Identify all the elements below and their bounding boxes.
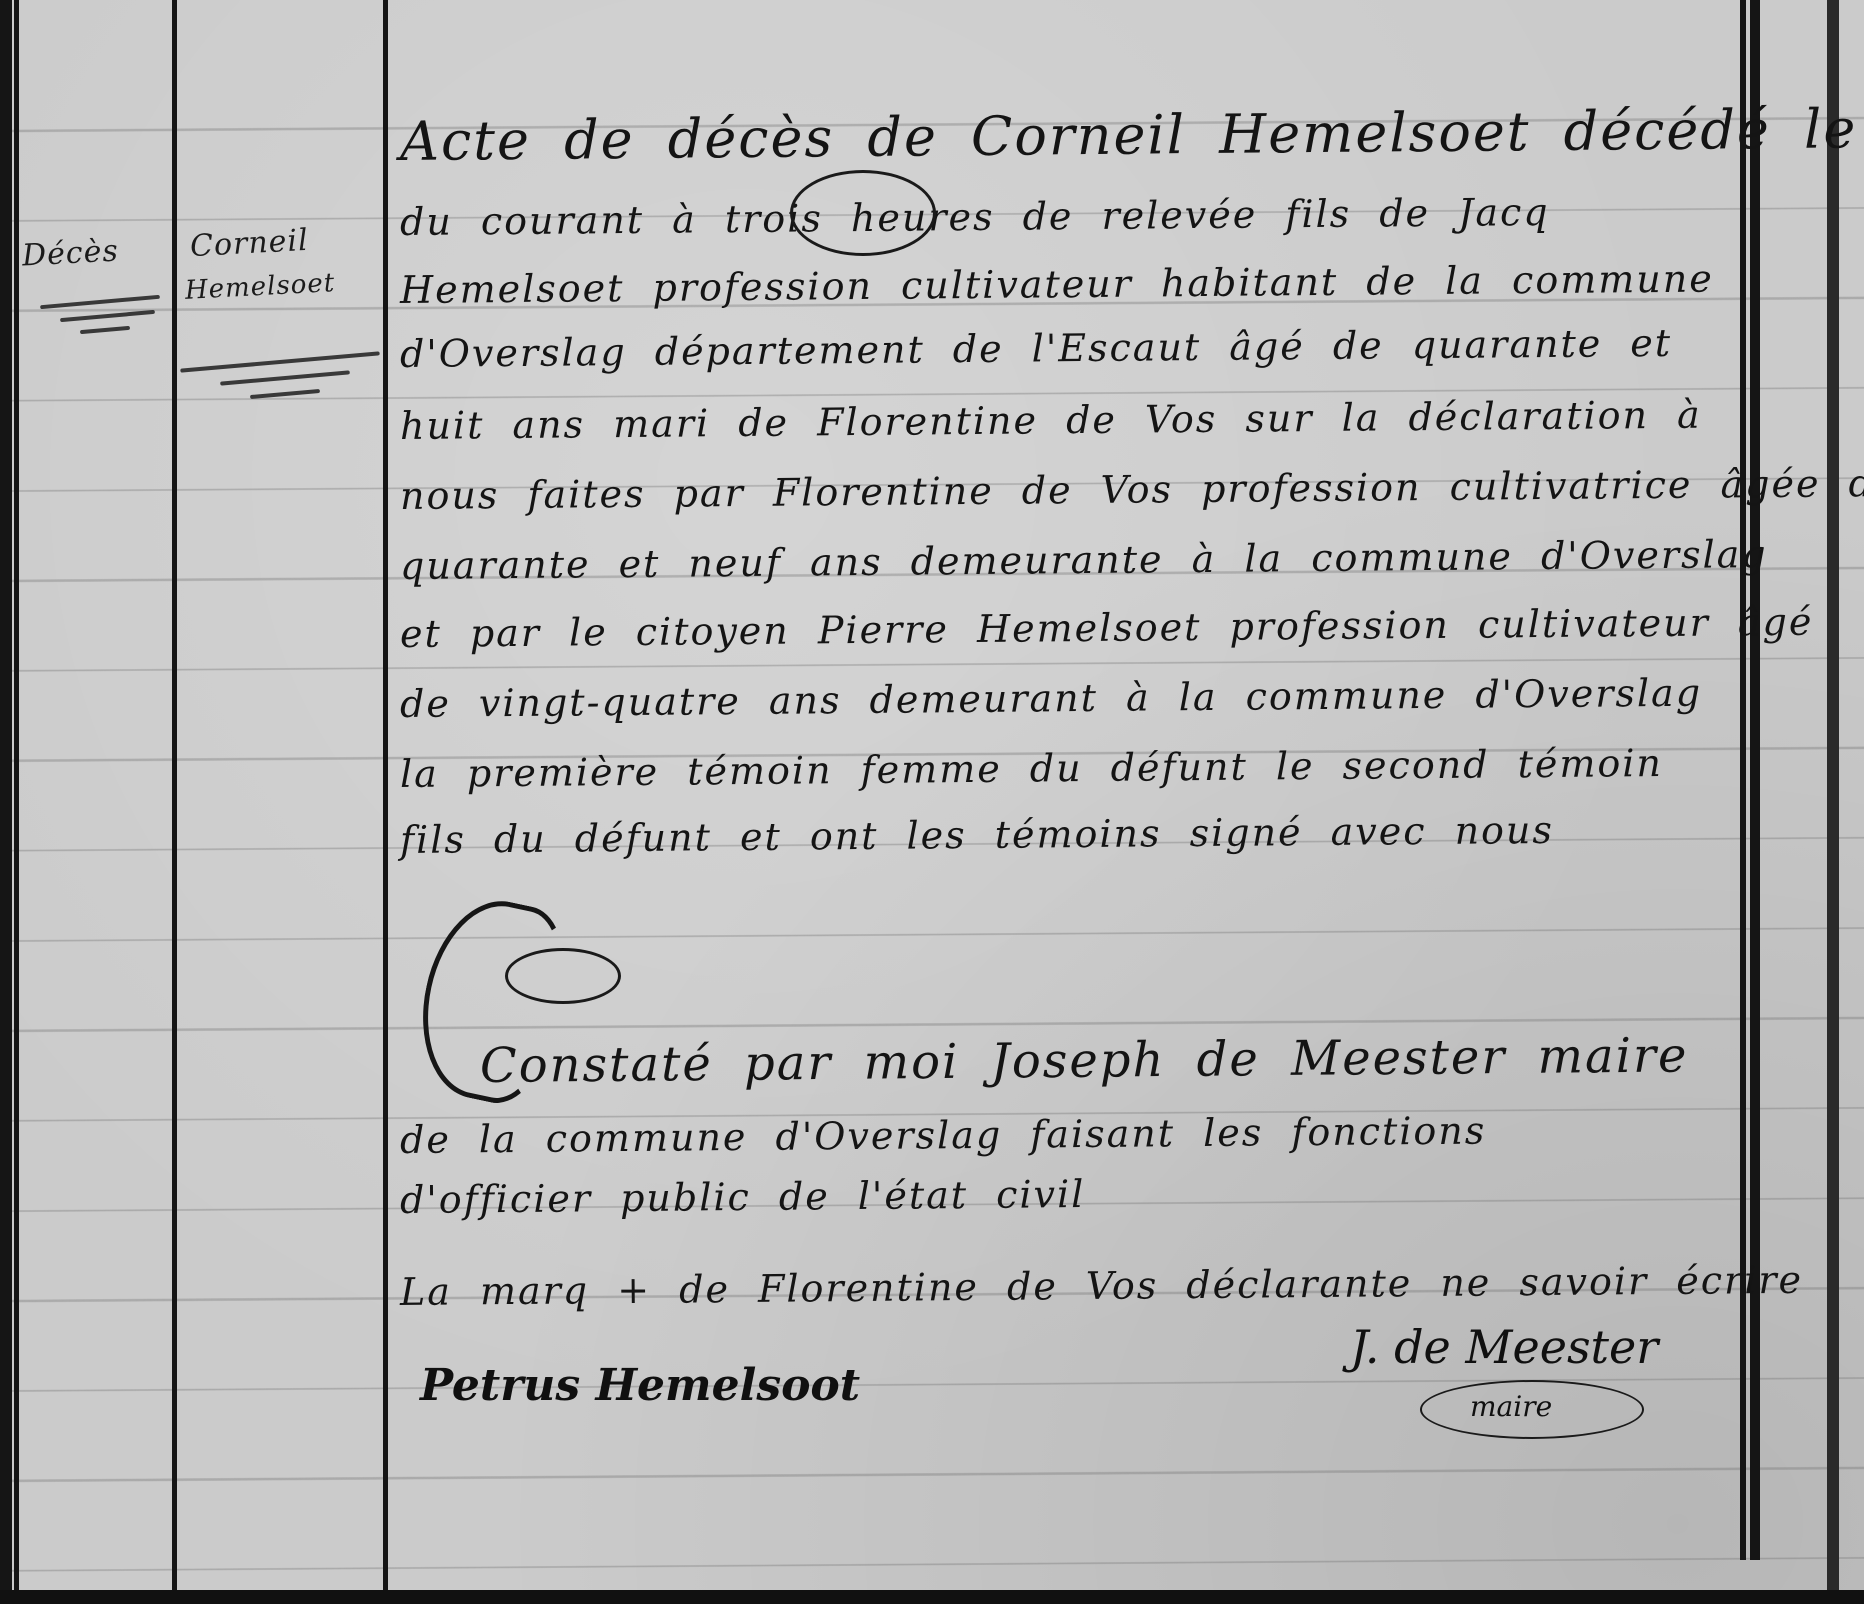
right-margin-rule-outer [1750, 0, 1760, 1560]
page-edge-rule [0, 0, 12, 1590]
capital-c-inner-loop [505, 948, 621, 1004]
column-rule-2 [172, 0, 177, 1590]
right-margin-rule-inner [1740, 0, 1746, 1560]
ledger-page: Décès Corneil Hemelsoet Acte de décès de… [0, 0, 1864, 1604]
witness-signature: Petrus Hemelsoot [420, 1360, 860, 1411]
capital-c-flourish [790, 170, 936, 256]
margin-type-label: Décès [21, 233, 119, 273]
mayor-paraph-flourish [1420, 1380, 1644, 1439]
column-rule-1 [14, 0, 19, 1590]
attestation-line-1: Constaté par moi Joseph de Meester maire [480, 1026, 1800, 1094]
column-rule-3 [383, 0, 388, 1590]
record-line-1: Acte de décès de Corneil Hemelsoet décéd… [400, 98, 1720, 173]
page-binding-edge [1827, 0, 1839, 1590]
scan-bottom-edge [0, 1590, 1864, 1604]
mayor-signature: J. de Meester [1350, 1320, 1658, 1374]
margin-name-first: Corneil [189, 223, 309, 264]
